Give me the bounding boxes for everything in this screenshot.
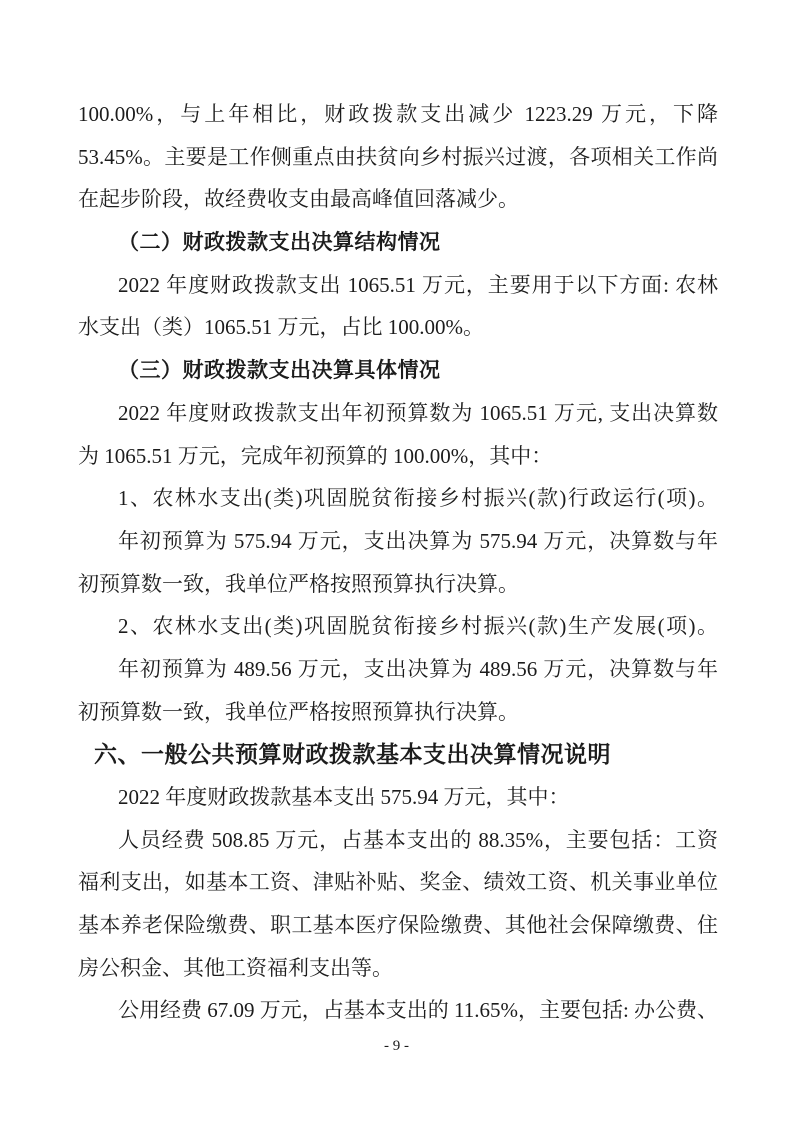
text-column: 100.00%，与上年相比，财政拨款支出减少 1223.29 万元，下降 53.…	[78, 93, 718, 1032]
text-line: 2022 年度财政拨款支出年初预算数为 1065.51 万元, 支出决算数	[78, 392, 718, 435]
text-line: 基本养老保险缴费、职工基本医疗保险缴费、其他社会保障缴费、住	[78, 904, 718, 947]
text-line: 2、农林水支出(类)巩固脱贫衔接乡村振兴(款)生产发展(项)。	[78, 605, 718, 648]
text-line: 人员经费 508.85 万元，占基本支出的 88.35%，主要包括：工资	[78, 819, 718, 862]
text-line: 在起步阶段，故经费收支由最高峰值回落减少。	[78, 178, 718, 221]
text-line: 初预算数一致，我单位严格按照预算执行决算。	[78, 691, 718, 734]
text-line: 初预算数一致，我单位严格按照预算执行决算。	[78, 563, 718, 606]
text-line: 2022 年度财政拨款基本支出 575.94 万元，其中：	[78, 776, 718, 819]
text-line: 为 1065.51 万元，完成年初预算的 100.00%，其中：	[78, 435, 718, 478]
text-line: 福利支出，如基本工资、津贴补贴、奖金、绩效工资、机关事业单位	[78, 861, 718, 904]
text-line: 年初预算为 489.56 万元，支出决算为 489.56 万元，决算数与年	[78, 648, 718, 691]
section-heading: （二）财政拨款支出决算结构情况	[78, 221, 718, 264]
section-heading: （三）财政拨款支出决算具体情况	[78, 349, 718, 392]
text-line: 水支出（类）1065.51 万元，占比 100.00%。	[78, 306, 718, 349]
text-line: 年初预算为 575.94 万元，支出决算为 575.94 万元，决算数与年	[78, 520, 718, 563]
text-line: 100.00%，与上年相比，财政拨款支出减少 1223.29 万元，下降	[78, 93, 718, 136]
text-line: 2022 年度财政拨款支出 1065.51 万元，主要用于以下方面: 农林	[78, 264, 718, 307]
document-page: 100.00%，与上年相比，财政拨款支出减少 1223.29 万元，下降 53.…	[0, 0, 793, 1122]
text-line: 房公积金、其他工资福利支出等。	[78, 947, 718, 990]
text-line: 53.45%。主要是工作侧重点由扶贫向乡村振兴过渡，各项相关工作尚	[78, 136, 718, 179]
section-heading: 六、一般公共预算财政拨款基本支出决算情况说明	[78, 733, 718, 776]
text-line: 公用经费 67.09 万元，占基本支出的 11.65%，主要包括: 办公费、	[78, 989, 718, 1032]
page-number: - 9 -	[0, 1036, 793, 1056]
text-line: 1、农林水支出(类)巩固脱贫衔接乡村振兴(款)行政运行(项)。	[78, 477, 718, 520]
